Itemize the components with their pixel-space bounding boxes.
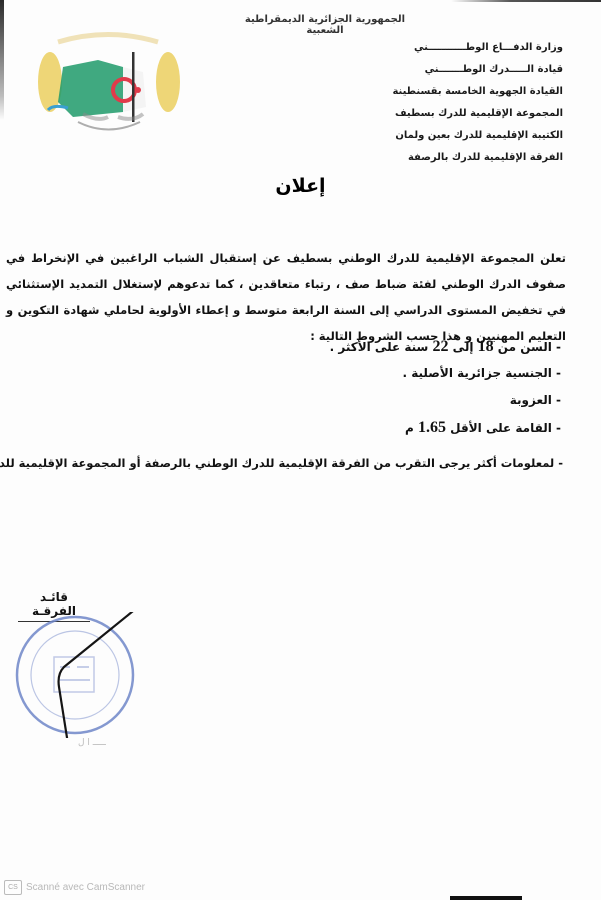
watermark-text: Scanné avec CamScanner <box>26 882 145 893</box>
age-min: 18 <box>478 338 494 355</box>
condition-nationality: - الجنسية جزائرية الأصلية . <box>161 360 561 387</box>
scan-edge-bottom <box>450 896 522 900</box>
gendarmerie-emblem-icon <box>28 22 188 147</box>
scan-edge-left <box>0 0 4 120</box>
hierarchy-line: المجموعة الإقليمية للدرك بسطيف <box>383 104 563 126</box>
hierarchy-line: الفرقة الإقليمية للدرك بالرصفة <box>383 148 563 170</box>
hierarchy-line: وزارة الدفـــاع الوطـــــــــــني <box>383 38 563 60</box>
min-height: 1.65 <box>418 419 446 436</box>
scan-edge-top <box>451 0 601 2</box>
scanned-document: الجمهورية الجزائرية الديمقراطية الشعبية … <box>0 0 601 900</box>
conditions-list: - السن من 18 إلى 22 سنة على الأكثر . - ا… <box>161 333 561 441</box>
condition-age: - السن من 18 إلى 22 سنة على الأكثر . <box>161 333 561 360</box>
republic-heading: الجمهورية الجزائرية الديمقراطية الشعبية <box>230 14 420 36</box>
hierarchy-line: قيادة الـــــدرك الوطـــــــني <box>383 60 563 82</box>
condition-single: - العزوبة <box>161 387 561 414</box>
contact-info: - لمعلومات أكثر يرجى التقرب من الفرقة ال… <box>3 456 563 470</box>
hierarchy-line: الكتيبة الإقليمية للدرك بعين ولمان <box>383 126 563 148</box>
hierarchy-line: القيادة الجهوية الخامسة بقسنطينة <box>383 82 563 104</box>
condition-height: - القامة على الأقل 1.65 م <box>161 414 561 441</box>
faint-signature-text: ـــــ ا ل <box>78 738 106 748</box>
camscanner-watermark: CS Scanné avec CamScanner <box>4 880 145 895</box>
issuing-authority-hierarchy: وزارة الدفـــاع الوطـــــــــــني قيادة … <box>383 38 563 170</box>
camscanner-logo-icon: CS <box>4 880 22 895</box>
age-max: 22 <box>433 338 449 355</box>
document-title: إعلان <box>0 175 601 197</box>
official-stamp-icon <box>12 612 138 738</box>
